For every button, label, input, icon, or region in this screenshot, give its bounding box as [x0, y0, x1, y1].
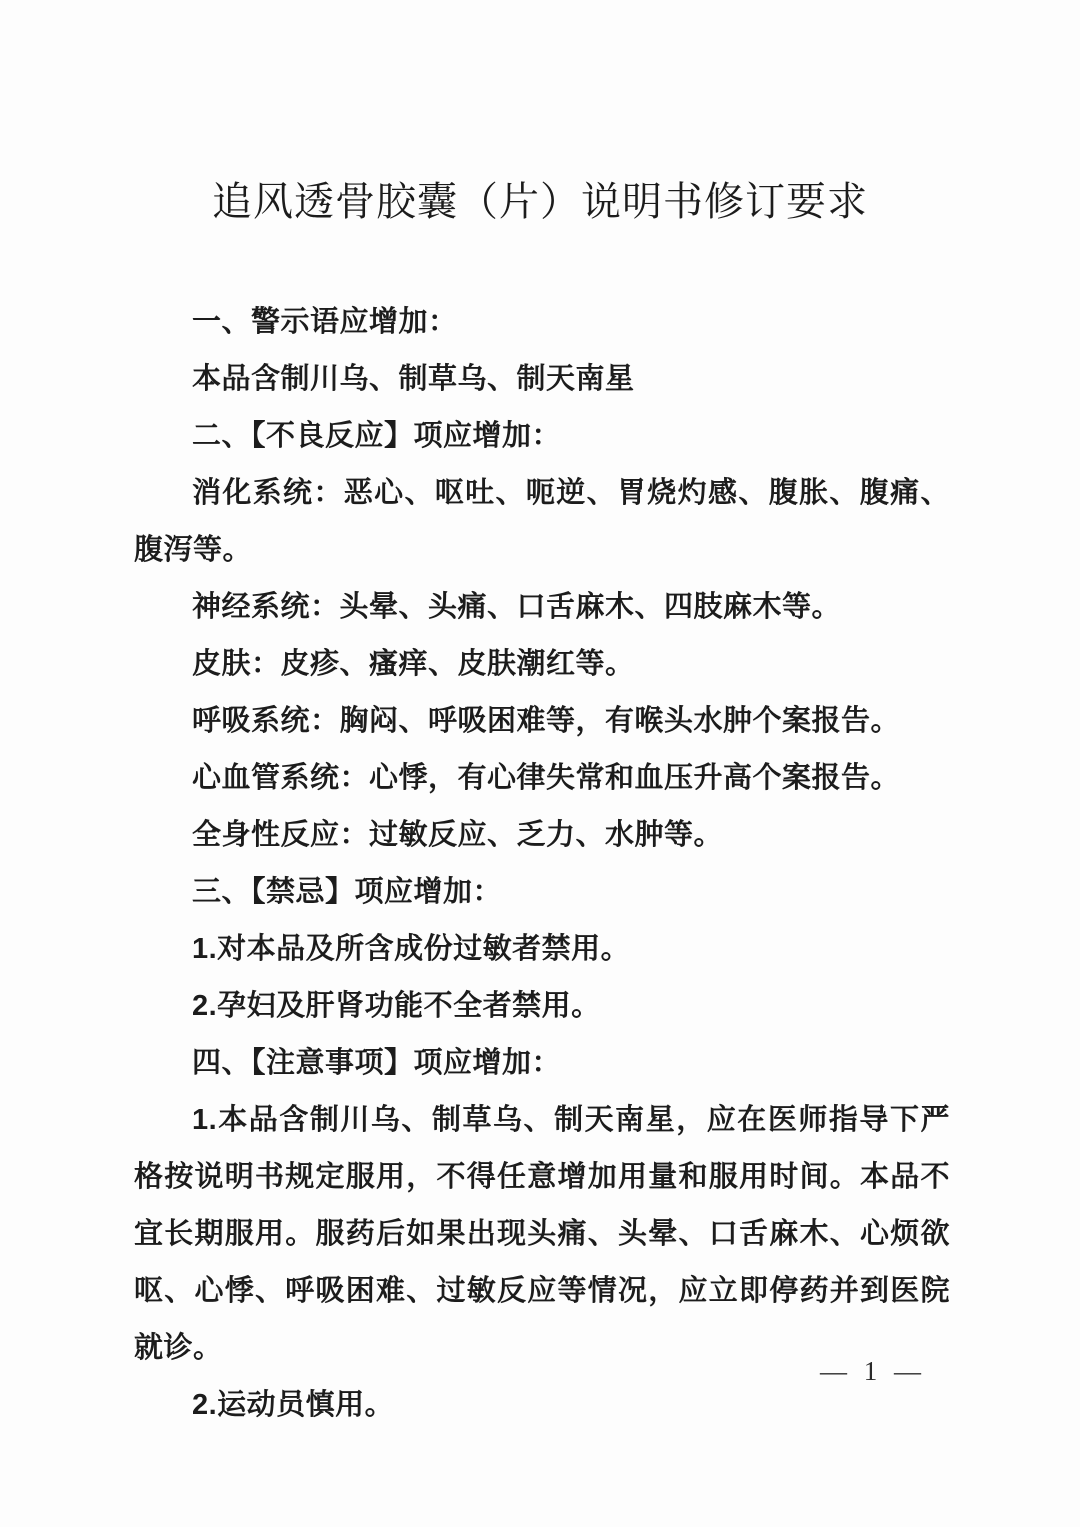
section-contraindications-heading: 三、【禁忌】项应增加：: [134, 864, 950, 921]
adverse-cardiovascular-system: 心血管系统：心悸，有心律失常和血压升高个案报告。: [134, 750, 950, 807]
adverse-respiratory-system: 呼吸系统：胸闷、呼吸困难等，有喉头水肿个案报告。: [134, 693, 950, 750]
adverse-systemic-reaction: 全身性反应：过敏反应、乏力、水肿等。: [134, 807, 950, 864]
adverse-nervous-system: 神经系统：头晕、头痛、口舌麻木、四肢麻木等。: [134, 579, 950, 636]
section-warning-heading: 一、警示语应增加：: [134, 294, 950, 351]
warning-content: 本品含制川乌、制草乌、制天南星: [134, 351, 950, 408]
contraindication-item-1: 1.对本品及所含成份过敏者禁用。: [134, 921, 950, 978]
adverse-digestive-system: 消化系统：恶心、呕吐、呃逆、胃烧灼感、腹胀、腹痛、腹泻等。: [134, 465, 950, 579]
page-number: — 1 —: [820, 1356, 922, 1387]
document-page: 追风透骨胶囊（片）说明书修订要求 一、警示语应增加： 本品含制川乌、制草乌、制天…: [0, 0, 1080, 1527]
section-precautions-heading: 四、【注意事项】项应增加：: [134, 1035, 950, 1092]
precaution-item-1: 1.本品含制川乌、制草乌、制天南星，应在医师指导下严格按说明书规定服用，不得任意…: [134, 1092, 950, 1377]
section-adverse-reactions-heading: 二、【不良反应】项应增加：: [134, 408, 950, 465]
document-body: 一、警示语应增加： 本品含制川乌、制草乌、制天南星 二、【不良反应】项应增加： …: [134, 294, 950, 1434]
adverse-skin: 皮肤：皮疹、瘙痒、皮肤潮红等。: [134, 636, 950, 693]
document-title: 追风透骨胶囊（片）说明书修订要求: [0, 0, 1080, 228]
contraindication-item-2: 2.孕妇及肝肾功能不全者禁用。: [134, 978, 950, 1035]
